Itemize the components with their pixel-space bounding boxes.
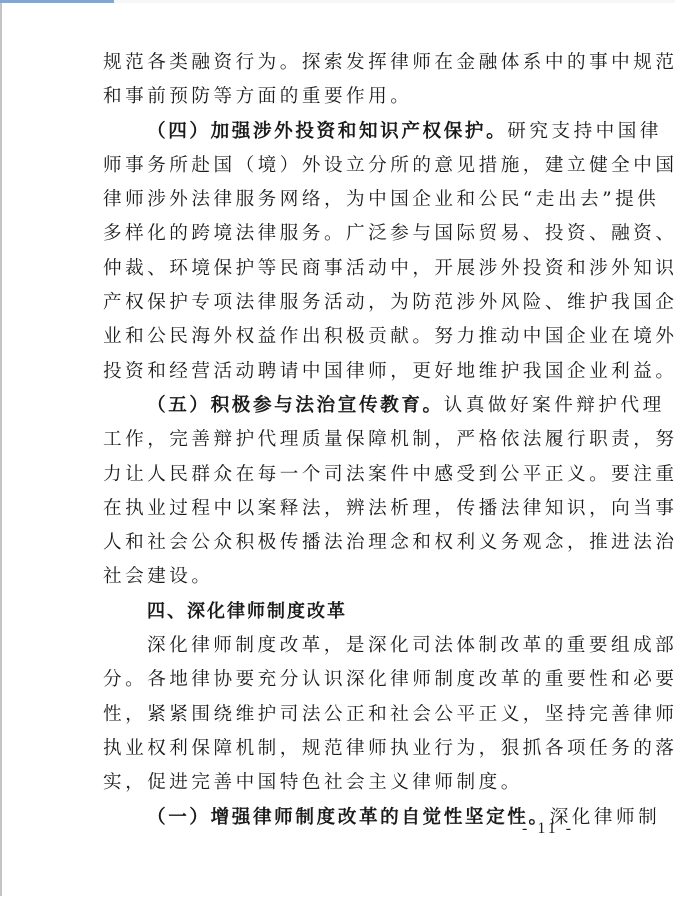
subsection-one-title: （一）增强律师制度改革的自觉性坚定性。 xyxy=(147,807,550,828)
page-number: - 11 - xyxy=(522,820,574,838)
body-line-16: 社会建设。 xyxy=(103,562,575,596)
subsection-five-title: （五）积极参与法治宣传教育。 xyxy=(147,395,444,416)
body-line-4: 师事务所赴国（境）外设立分所的意见措施，建立健全中国 xyxy=(103,151,575,185)
page-left-border xyxy=(0,3,2,896)
body-line-18: 深化律师制度改革，是深化司法体制改革的重要组成部 xyxy=(103,631,575,665)
document-page: 规范各类融资行为。探索发挥律师在金融体系中的事中规范 和事前预防等方面的重要作用… xyxy=(103,48,575,837)
body-line-1: 规范各类融资行为。探索发挥律师在金融体系中的事中规范 xyxy=(103,48,575,82)
subsection-five-line: （五）积极参与法治宣传教育。认真做好案件辩护代理 xyxy=(103,391,575,425)
body-line-2: 和事前预防等方面的重要作用。 xyxy=(103,82,575,116)
body-line-14: 在执业过程中以案释法，辨法析理，传播法律知识，向当事 xyxy=(103,494,575,528)
body-line-5: 律师涉外法律服务网络，为中国企业和公民“走出去”提供 xyxy=(103,185,575,219)
section-four-heading: 四、深化律师制度改革 xyxy=(103,597,575,631)
subsection-four-line: （四）加强涉外投资和知识产权保护。研究支持中国律 xyxy=(103,117,575,151)
body-line-7: 仲裁、环境保护等民商事活动中，开展涉外投资和涉外知识 xyxy=(103,254,575,288)
body-line-20: 性，紧紧围绕维护司法公正和社会公平正义，坚持完善律师 xyxy=(103,700,575,734)
subsection-four-text: 研究支持中国律 xyxy=(507,121,662,142)
body-line-10: 投资和经营活动聘请中国律师，更好地维护我国企业利益。 xyxy=(103,357,575,391)
body-line-6: 多样化的跨境法律服务。广泛参与国际贸易、投资、融资、 xyxy=(103,219,575,253)
body-line-15: 人和社会公众积极传播法治理念和权利义务观念，推进法治 xyxy=(103,528,575,562)
body-line-22: 实，促进完善中国特色社会主义律师制度。 xyxy=(103,768,575,802)
subsection-five-text: 认真做好案件辩护代理 xyxy=(444,395,665,416)
subsection-four-title: （四）加强涉外投资和知识产权保护。 xyxy=(147,121,507,142)
body-line-21: 执业权利保障机制，规范律师执业行为，狠抓各项任务的落 xyxy=(103,734,575,768)
body-line-12: 工作，完善辩护代理质量保障机制，严格依法履行职责，努 xyxy=(103,425,575,459)
body-line-8: 产权保护专项法律服务活动，为防范涉外风险、维护我国企 xyxy=(103,288,575,322)
body-line-13: 力让人民群众在每一个司法案件中感受到公平正义。要注重 xyxy=(103,460,575,494)
active-tab-indicator xyxy=(0,0,114,3)
body-line-19: 分。各地律协要充分认识深化律师制度改革的重要性和必要 xyxy=(103,665,575,699)
body-line-9: 业和公民海外权益作出积极贡献。努力推动中国企业在境外 xyxy=(103,322,575,356)
subsection-one-line: （一）增强律师制度改革的自觉性坚定性。深化律师制 xyxy=(103,803,575,837)
